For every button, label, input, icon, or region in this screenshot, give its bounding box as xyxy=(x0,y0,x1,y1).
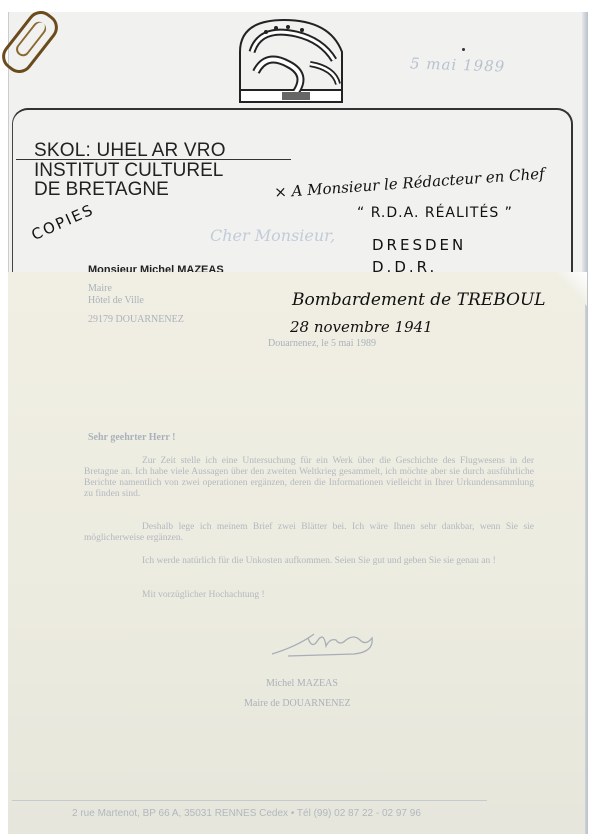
footer-address: 2 rue Martenot, BP 66 A, 35031 RENNES Ce… xyxy=(72,808,421,819)
ink-dot xyxy=(462,48,465,51)
faint-date: 5 mai 1989 xyxy=(410,54,506,75)
org-name-french-1: INSTITUT CULTUREL xyxy=(34,161,223,180)
signature-icon xyxy=(268,628,378,662)
place-date: Douarnenez, le 5 mai 1989 xyxy=(268,338,376,349)
recipient-city: 29179 DOUARNENEZ xyxy=(88,314,184,325)
handwritten-note-title: Bombardement de TREBOUL xyxy=(292,290,546,310)
paragraph-1: Zur Zeit stelle ich eine Untersuchung fü… xyxy=(84,456,534,500)
handwritten-address-line-3: DRESDEN xyxy=(372,236,466,254)
celtic-emblem-icon xyxy=(226,12,356,104)
closing: Mit vorzüglicher Hochachtung ! xyxy=(84,590,534,601)
org-name-french-2: DE BRETAGNE xyxy=(34,180,169,199)
faint-greeting: Cher Monsieur, xyxy=(210,226,335,245)
recipient-office: Hôtel de Ville xyxy=(88,295,144,306)
signatory-title: Maire de DOUARNENEZ xyxy=(244,698,351,709)
handwritten-address-line-2: “ R.D.A. RÉALITÉS ” xyxy=(357,205,513,221)
salutation: Sehr geehrter Herr ! xyxy=(88,432,175,443)
handwritten-note-date: 28 novembre 1941 xyxy=(290,318,433,336)
recipient-title: Maire xyxy=(88,283,112,294)
footer-divider xyxy=(12,800,487,801)
overlay-letter-sheet xyxy=(8,272,585,834)
paragraph-3: Ich werde natürlich für die Unkosten auf… xyxy=(84,556,534,567)
signatory-name: Michel MAZEAS xyxy=(266,678,338,689)
paragraph-2: Deshalb lege ich meinem Brief zwei Blätt… xyxy=(84,522,534,544)
